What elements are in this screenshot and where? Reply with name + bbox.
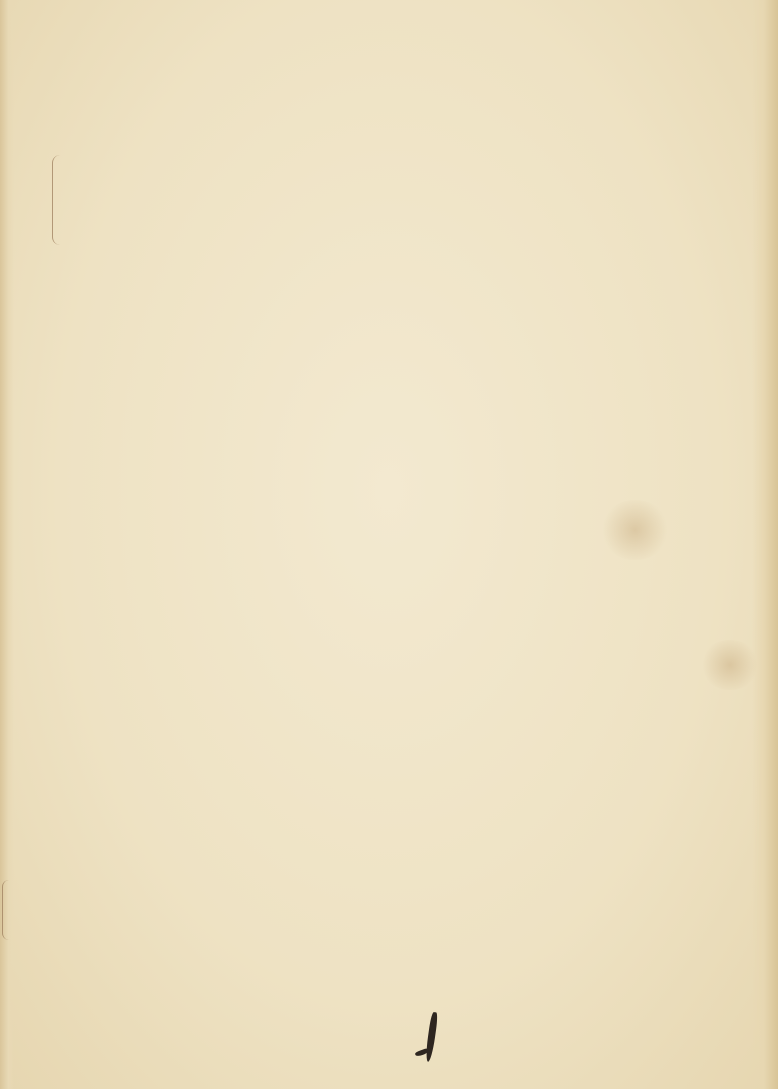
page-edge-right bbox=[752, 0, 778, 1089]
paper-stain bbox=[600, 500, 670, 560]
marginal-bracket bbox=[52, 155, 61, 245]
marginal-bracket bbox=[2, 880, 9, 940]
paper-stain bbox=[700, 640, 760, 690]
